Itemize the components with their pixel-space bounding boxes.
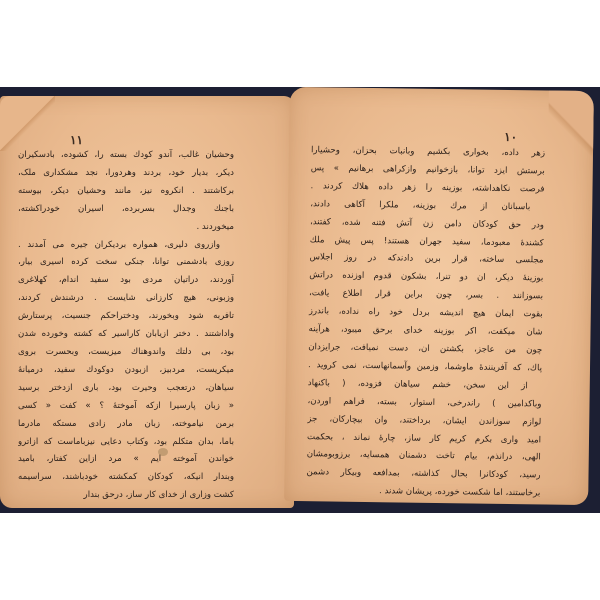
- left-page: ۱۱ وحشیان غالب، آندو کودك بسته را، کشوده…: [0, 96, 294, 508]
- page-number: ۱۰: [504, 130, 517, 144]
- text-line: برکاشتند . انکروه نیز، مانند وحشیان دیکر…: [18, 183, 234, 201]
- text-line: « زبان پارسیرا ازکه آموختهٔ ؟ » کفت « کس…: [18, 398, 234, 416]
- text-line: وحشیان غالب، آندو کودك بسته را، کشوده، ب…: [18, 147, 234, 165]
- text-line: واداشتند . دختر ازیابان کاراسیر که کشته …: [18, 326, 234, 344]
- text-line: برخاستند، اما شکست خورده، پریشان شدند .: [306, 482, 540, 503]
- page-text: زهر داده، بخواری بکشیم وبانبات بحزان، وح…: [306, 142, 545, 503]
- book-photograph: ۱۱ وحشیان غالب، آندو کودك بسته را، کشوده…: [0, 87, 600, 513]
- right-page: ۱۰ زهر داده، بخواری بکشیم وبانبات بحزان،…: [284, 87, 594, 505]
- text-line: آوردند، دراتیان مردی بود سفید اندام، کهل…: [18, 272, 234, 290]
- text-line: میخوردند .: [18, 219, 234, 237]
- folded-corner: [548, 91, 594, 172]
- text-line: روزی بادشمنی توانا، جنکی سخت کرده اسیری …: [18, 254, 234, 272]
- text-line: کشت وزاری از خدای کار ساز، درحق بندار: [18, 487, 234, 505]
- text-line: باجنك وجدال بسربرده، اسیران خودراکشته،: [18, 201, 234, 219]
- text-line: وبندار انیکه، کودکان کمکشته خودباشند، سر…: [18, 469, 234, 487]
- page-number: ۱۱: [70, 133, 83, 147]
- text-line: برمن نیاموخته، زبان مادر زادی مستکه مادر…: [18, 416, 234, 434]
- text-line: سیاهان، درتعجب وحیرت بود، باری ازدختر بر…: [18, 380, 234, 398]
- text-line: میکریست، مردبیز، ازبودن دوکودك سفید، درم…: [18, 362, 234, 380]
- text-line: وازروی دلیری، همواره بردیکران جیره می آم…: [18, 237, 234, 255]
- folded-corner: [0, 96, 55, 151]
- text-line: بود، بی دلتك واندوهناك میزیست، وبحسرت بر…: [18, 344, 234, 362]
- text-line: وزبونی، هیچ کارزانی شایست . درشندش کردند…: [18, 290, 234, 308]
- text-line: دیکر، بدیار خود، بردند وهردورا، نجد مشکد…: [18, 165, 234, 183]
- text-line: باما، بدان متکلم بود، وکتاب دعایی نیزبام…: [18, 434, 234, 452]
- ink-stain: [158, 448, 168, 456]
- text-line: خواندن آموخته ایم » مرد ازاین کفتار، بام…: [18, 451, 234, 469]
- text-line: تافربه شود وبخورند، ودختراحکم جنسیت، پرس…: [18, 308, 234, 326]
- text-line: رسید، کودکانرا بحال کذاشته، بمدافعه وبیک…: [306, 464, 540, 485]
- page-text: وحشیان غالب، آندو کودك بسته را، کشوده، ب…: [18, 147, 234, 505]
